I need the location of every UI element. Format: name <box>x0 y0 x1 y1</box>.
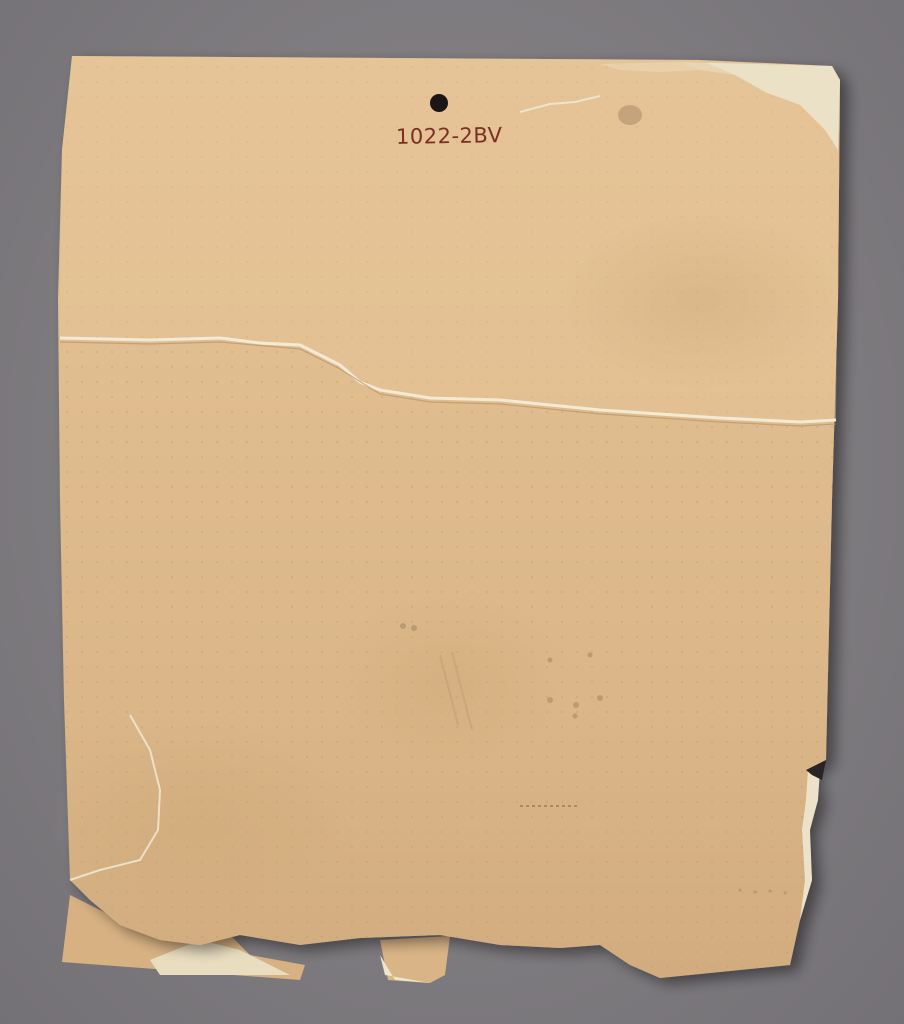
punch-hole <box>430 94 448 112</box>
stain <box>618 105 642 125</box>
photo-scene: 1022-2BV Back of an aged, water-stained … <box>0 0 904 1024</box>
aged-board <box>0 0 904 1024</box>
handwritten-label: 1022-2BV <box>396 123 503 149</box>
